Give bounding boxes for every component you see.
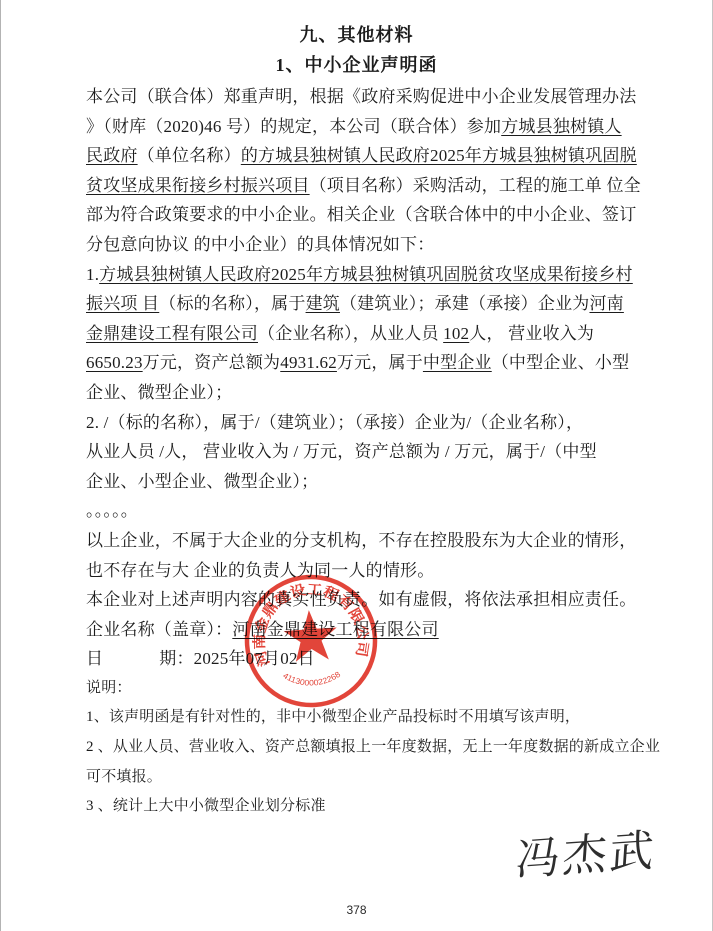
text-line: 企业名称（盖章）：河南金鼎建设工程有限公司 xyxy=(86,615,651,645)
text-line: 本公司（联合体）郑重声明，根据《政府采购促进中小企业发展管理办法 xyxy=(86,82,651,112)
page-number: 378 xyxy=(1,903,712,917)
text-line: 日 期：2025年07月02日 xyxy=(86,644,651,674)
text-line: 民政府（单位名称）的方城县独树镇人民政府2025年方城县独树镇巩固脱 xyxy=(86,141,651,171)
filled-in-text: 贫攻坚成果衔接乡村振兴项目 xyxy=(86,176,310,195)
static-text: 企业、小型企业、微型企业）； xyxy=(86,472,318,491)
text-line: 金鼎建设工程有限公司（企业名称），从业人员 102人， 营业收入为 xyxy=(86,319,651,349)
text-line: 1、该声明函是有针对性的，非中小微型企业产品投标时不用填写该声明， xyxy=(86,703,651,733)
static-text: （建筑业）；承建（承接）企业为 xyxy=(340,294,590,313)
text-line: 企业、微型企业）； xyxy=(86,378,651,408)
filled-in-text: 河南金鼎建设工程有限公司 xyxy=(232,620,438,639)
static-text: 企业、微型企业）； xyxy=(86,383,232,402)
text-line: 贫攻坚成果衔接乡村振兴项目（项目名称）采购活动，工程的施工单 位全 xyxy=(86,171,651,201)
static-text: 本公司（联合体）郑重声明，根据《政府采购促进中小企业发展管理办法 xyxy=(86,87,636,106)
text-line: 也不存在与大 企业的负责人为同一人的情形。 xyxy=(86,556,651,586)
static-text: 万元，资产总额为 xyxy=(143,353,281,372)
static-text: （项目名称）采购活动，工程的施工单 位全 xyxy=(310,176,641,195)
text-line: 分包意向协议 的中小企业）的具体情况如下： xyxy=(86,230,651,260)
filled-in-text: 民政府 xyxy=(86,146,138,165)
text-line: 本企业对上述声明内容的真实性负责。如有虚假，将依法承担相应责任。 xyxy=(86,585,651,615)
static-text: 从业人员 /人， 营业收入为 / 万元，资产总额为 / 万元，属于/（中型 xyxy=(86,442,597,461)
text-line: 以上企业，不属于大企业的分支机构，不存在控股股东为大企业的情形， xyxy=(86,526,651,556)
filled-in-text: 6650.23 xyxy=(86,353,143,372)
text-line: 2 、从业人员、营业收入、资产总额填报上一年度数据，无上一年度数据的新成立企业 xyxy=(86,733,651,763)
text-line: 2. /（标的名称），属于/（建筑业）；（承接）企业为/（企业名称）， xyxy=(86,408,651,438)
filled-in-text: 方城县独树镇人 xyxy=(501,117,621,136)
static-text: 》（财库（2020)46 号）的规定，本公司（联合体）参加 xyxy=(86,117,501,136)
static-text: 说明： xyxy=(86,680,132,696)
static-text: 3 、统计上大中小微型企业划分标准 xyxy=(86,798,326,814)
static-text: 。。。。。 xyxy=(86,501,138,520)
filled-in-text: 方城县独树镇人民政府2025年方城县独树镇巩固脱贫攻坚成果衔接乡村 xyxy=(99,265,633,284)
text-line: 》（财库（2020)46 号）的规定，本公司（联合体）参加方城县独树镇人 xyxy=(86,112,651,142)
filled-in-text: 建筑 xyxy=(306,294,340,313)
static-text: 以上企业，不属于大企业的分支机构，不存在控股股东为大企业的情形， xyxy=(86,531,636,550)
filled-in-text: 振兴项 目 xyxy=(86,294,159,313)
static-text: 本企业对上述声明内容的真实性负责。如有虚假，将依法承担相应责任。 xyxy=(86,590,636,609)
static-text: （企业名称），从业人员 xyxy=(258,324,443,343)
handwritten-signature: 冯杰武 xyxy=(514,812,688,888)
letter-title: 1、中小企业声明函 xyxy=(1,50,712,80)
static-text: 也不存在与大 企业的负责人为同一人的情形。 xyxy=(86,561,434,580)
filled-in-text: 河南 xyxy=(589,294,623,313)
static-text: 可不填报。 xyxy=(86,769,162,785)
filled-in-text: 4931.62 xyxy=(280,353,337,372)
text-line: 部为符合政策要求的中小企业。相关企业（含联合体中的中小企业、签订 xyxy=(86,200,651,230)
text-line: 。。。。。 xyxy=(86,496,651,526)
text-line: 振兴项 目（标的名称），属于建筑（建筑业）；承建（承接）企业为河南 xyxy=(86,289,651,319)
filled-in-text: 金鼎建设工程有限公司 xyxy=(86,324,258,343)
static-text: 人， 营业收入为 xyxy=(469,324,594,343)
static-text: 企业名称（盖章）： xyxy=(86,620,232,639)
filled-in-text: 102 xyxy=(443,324,469,343)
filled-in-text: 的方城县独树镇人民政府2025年方城县独树镇巩固脱 xyxy=(241,146,637,165)
text-line: 企业、小型企业、微型企业）； xyxy=(86,467,651,497)
static-text: （中型企业、小型 xyxy=(492,353,630,372)
filled-in-text: 中型企业 xyxy=(423,353,492,372)
static-text: 日 期：2025年07月02日 xyxy=(86,649,315,668)
static-text: 部为符合政策要求的中小企业。相关企业（含联合体中的中小企业、签订 xyxy=(86,205,636,224)
static-text: 分包意向协议 的中小企业）的具体情况如下： xyxy=(86,235,434,254)
static-text: 2. /（标的名称），属于/（建筑业）；（承接）企业为/（企业名称）， xyxy=(86,413,583,432)
text-line: 1.方城县独树镇人民政府2025年方城县独树镇巩固脱贫攻坚成果衔接乡村 xyxy=(86,260,651,290)
static-text: （单位名称） xyxy=(138,146,241,165)
text-line: 6650.23万元，资产总额为4931.62万元，属于中型企业（中型企业、小型 xyxy=(86,348,651,378)
static-text: （标的名称），属于 xyxy=(159,294,305,313)
text-line: 可不填报。 xyxy=(86,763,651,793)
section-title: 九、其他材料 xyxy=(1,20,712,50)
text-line: 从业人员 /人， 营业收入为 / 万元，资产总额为 / 万元，属于/（中型 xyxy=(86,437,651,467)
static-text: 1. xyxy=(86,265,99,284)
title-block: 九、其他材料 1、中小企业声明函 xyxy=(1,20,712,80)
static-text: 1、该声明函是有针对性的，非中小微型企业产品投标时不用填写该声明， xyxy=(86,709,580,725)
document-page: 九、其他材料 1、中小企业声明函 本公司（联合体）郑重声明，根据《政府采购促进中… xyxy=(0,0,713,931)
document-body: 本公司（联合体）郑重声明，根据《政府采购促进中小企业发展管理办法》（财库（202… xyxy=(86,82,651,822)
static-text: 2 、从业人员、营业收入、资产总额填报上一年度数据，无上一年度数据的新成立企业 xyxy=(86,739,660,755)
static-text: 万元，属于 xyxy=(337,353,423,372)
text-line: 说明： xyxy=(86,674,651,704)
text-line: 3 、统计上大中小微型企业划分标准 xyxy=(86,792,651,822)
